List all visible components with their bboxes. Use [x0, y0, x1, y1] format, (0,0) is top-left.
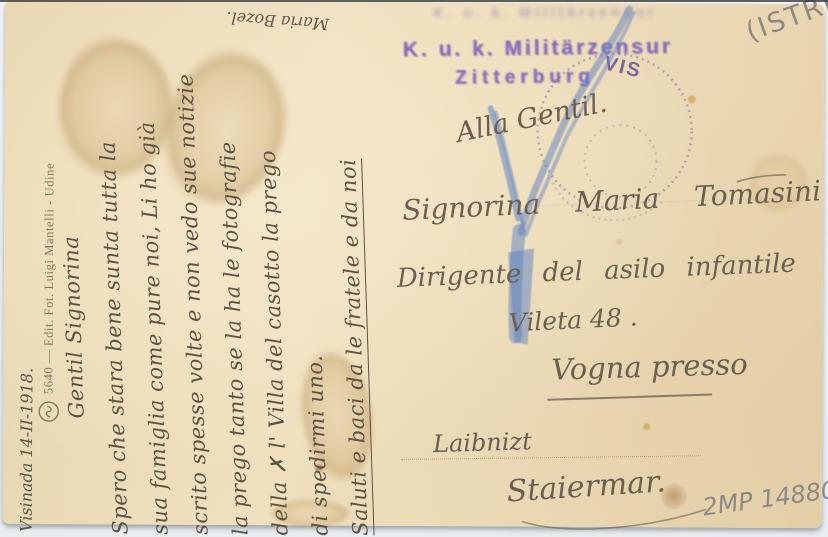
postcard-scan: 5640 — Edit. Fot. Luigi Mantelli - Udine…: [0, 0, 828, 537]
postcard-back: 5640 — Edit. Fot. Luigi Mantelli - Udine…: [3, 0, 825, 528]
ink-strokes: [3, 0, 828, 537]
